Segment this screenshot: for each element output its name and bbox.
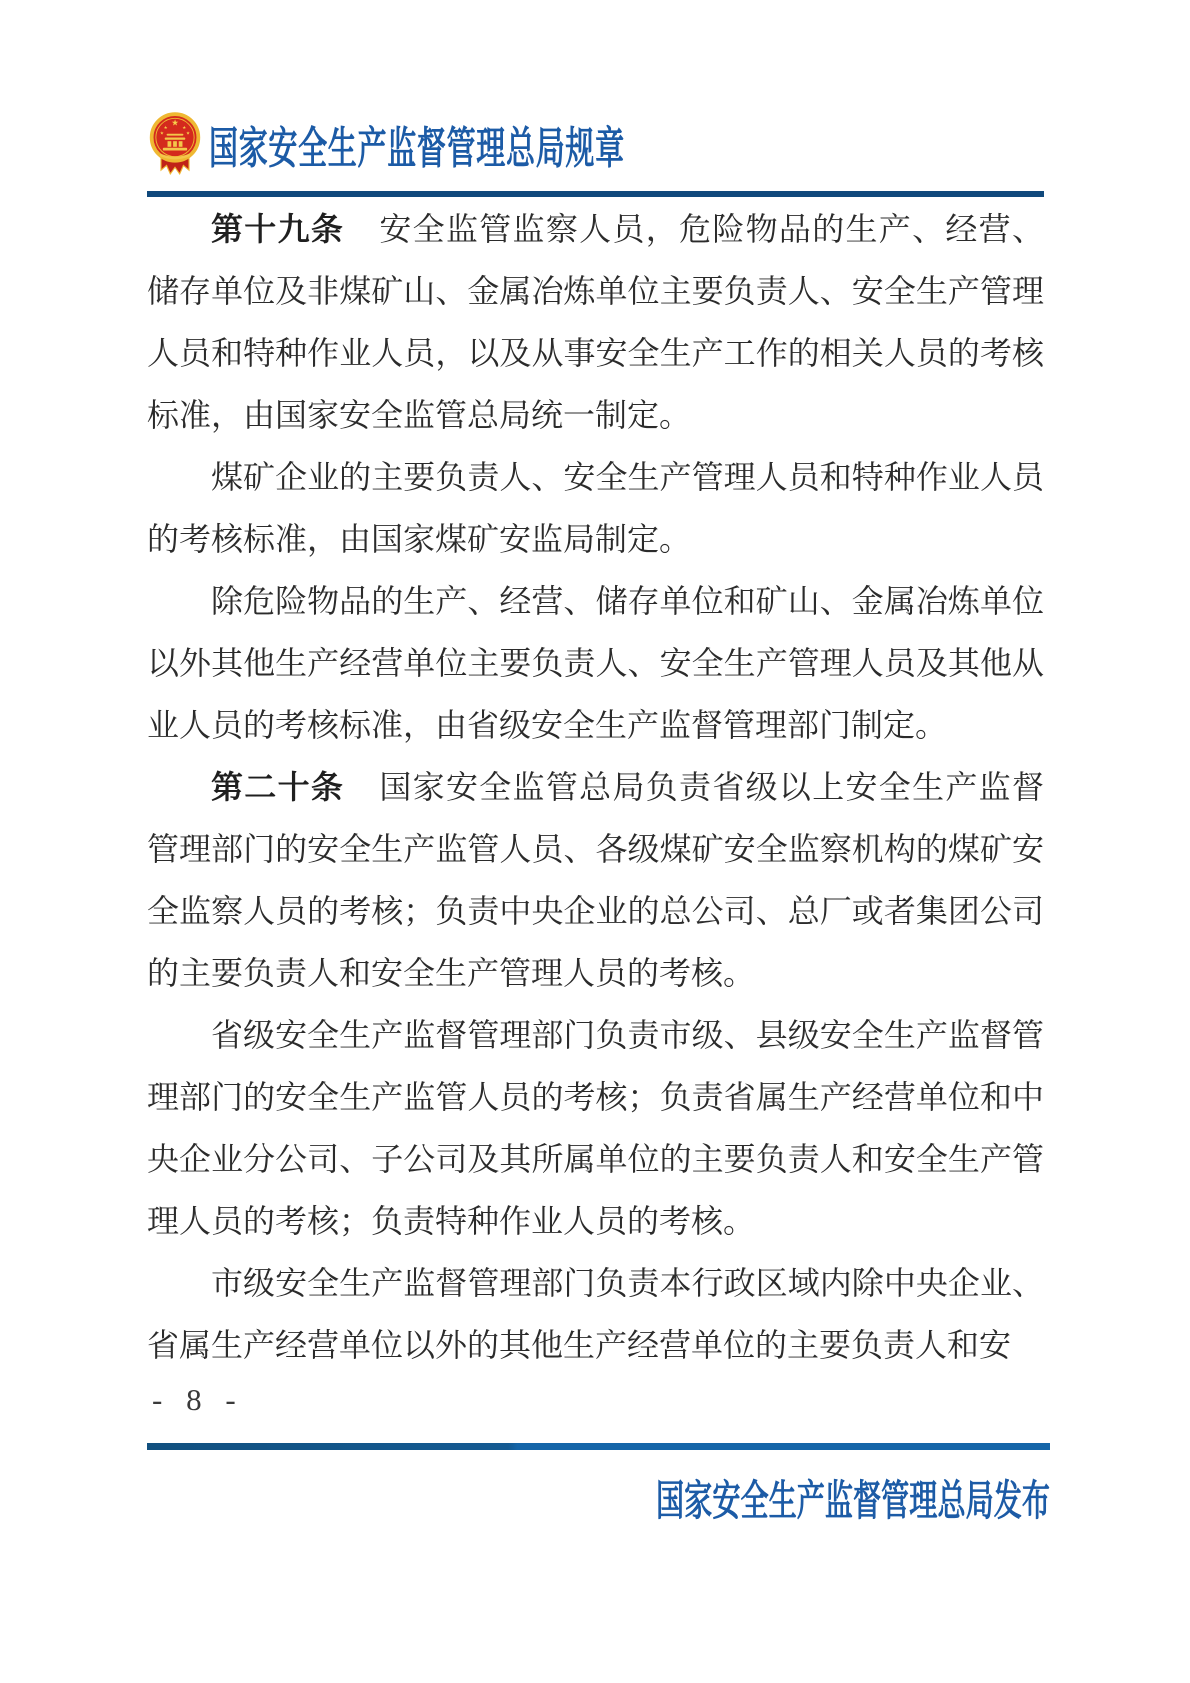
article-number: 第二十条 bbox=[211, 769, 344, 805]
footer: 国家安全生产监督管理总局发布 bbox=[350, 1468, 1050, 1528]
paragraph: 煤矿企业的主要负责人、安全生产管理人员和特种作业人员的考核标准，由国家煤矿安监局… bbox=[147, 446, 1044, 570]
paragraph-text: 煤矿企业的主要负责人、安全生产管理人员和特种作业人员的考核标准，由国家煤矿安监局… bbox=[147, 459, 1044, 557]
document-header: ★ ★ ★ ★ ★ 国家安全生产监督管理总局规章 bbox=[147, 110, 1044, 197]
paragraphs: 第十九条安全监管监察人员，危险物品的生产、经营、储存单位及非煤矿山、金属冶炼单位… bbox=[147, 198, 1044, 1376]
document-body: 第十九条安全监管监察人员，危险物品的生产、经营、储存单位及非煤矿山、金属冶炼单位… bbox=[147, 198, 1044, 1376]
paragraph: 省级安全生产监督管理部门负责市级、县级安全生产监督管理部门的安全生产监管人员的考… bbox=[147, 1004, 1044, 1252]
svg-text:★: ★ bbox=[171, 118, 179, 127]
header-divider bbox=[147, 191, 1044, 197]
header-row: ★ ★ ★ ★ ★ 国家安全生产监督管理总局规章 bbox=[147, 110, 1044, 178]
paragraph: 第十九条安全监管监察人员，危险物品的生产、经营、储存单位及非煤矿山、金属冶炼单位… bbox=[147, 198, 1044, 446]
paragraph: 第二十条国家安全监管总局负责省级以上安全生产监督管理部门的安全生产监管人员、各级… bbox=[147, 756, 1044, 1004]
header-title: 国家安全生产监督管理总局规章 bbox=[209, 112, 625, 176]
article-number: 第十九条 bbox=[211, 211, 344, 247]
page-number: - 8 - bbox=[152, 1382, 244, 1418]
paragraph-text: 省级安全生产监督管理部门负责市级、县级安全生产监督管理部门的安全生产监管人员的考… bbox=[147, 1017, 1044, 1239]
document-page: ★ ★ ★ ★ ★ 国家安全生产监督管理总局规章 bbox=[0, 0, 1190, 1683]
paragraph-text: 市级安全生产监督管理部门负责本行政区域内除中央企业、省属生产经营单位以外的其他生… bbox=[147, 1265, 1044, 1363]
national-emblem-icon: ★ ★ ★ ★ ★ bbox=[147, 111, 203, 177]
publisher-label: 国家安全生产监督管理总局发布 bbox=[656, 1468, 1050, 1528]
paragraph: 市级安全生产监督管理部门负责本行政区域内除中央企业、省属生产经营单位以外的其他生… bbox=[147, 1252, 1044, 1376]
footer-divider bbox=[147, 1443, 1050, 1450]
paragraph: 除危险物品的生产、经营、储存单位和矿山、金属冶炼单位以外其他生产经营单位主要负责… bbox=[147, 570, 1044, 756]
paragraph-text: 除危险物品的生产、经营、储存单位和矿山、金属冶炼单位以外其他生产经营单位主要负责… bbox=[147, 583, 1044, 743]
